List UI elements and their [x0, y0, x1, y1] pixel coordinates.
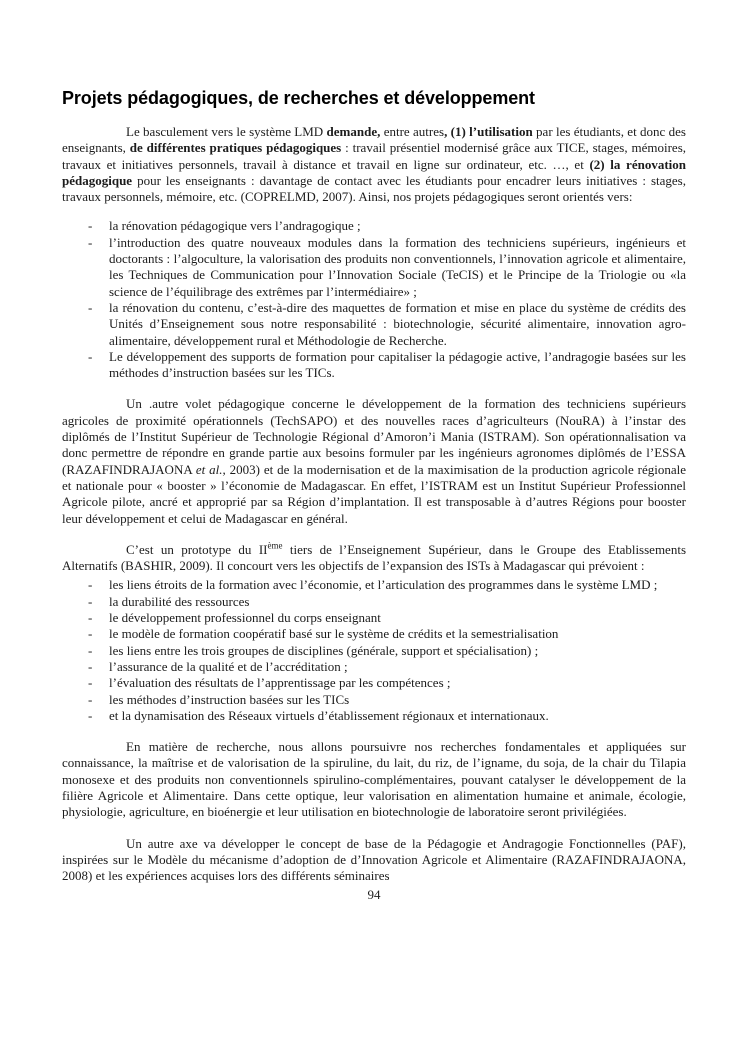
list-item: -les liens étroits de la formation avec …: [62, 577, 686, 593]
text-run: le développement professionnel du corps …: [109, 610, 381, 625]
dash-list: -la rénovation pédagogique vers l’andrag…: [62, 218, 686, 381]
dash-bullet: -: [88, 643, 92, 659]
paragraph: Un autre axe va développer le concept de…: [62, 836, 686, 885]
text-run: Le basculement vers le système LMD: [126, 124, 327, 139]
list-item: -les méthodes d’instruction basées sur l…: [62, 692, 686, 708]
text-run: et la dynamisation des Réseaux virtuels …: [109, 708, 549, 723]
list-item: -Le développement des supports de format…: [62, 349, 686, 382]
text-run: entre autres: [380, 124, 444, 139]
text-run: En matière de recherche, nous allons pou…: [62, 739, 686, 819]
dash-list: -les liens étroits de la formation avec …: [62, 577, 686, 724]
text-run: et al.,: [196, 462, 226, 477]
text-run: C’est un prototype du II: [126, 542, 267, 557]
list-item: -l’évaluation des résultats de l’apprent…: [62, 675, 686, 691]
list-item: -les liens entre les trois groupes de di…: [62, 643, 686, 659]
dash-bullet: -: [88, 577, 92, 593]
text-run: les méthodes d’instruction basées sur le…: [109, 692, 349, 707]
text-run: la rénovation pédagogique vers l’andrago…: [109, 218, 361, 233]
paragraph: C’est un prototype du IIème tiers de l’E…: [62, 542, 686, 575]
dash-bullet: -: [88, 610, 92, 626]
document-body: Le basculement vers le système LMD deman…: [62, 124, 686, 884]
text-run: la durabilité des ressources: [109, 594, 249, 609]
text-run: l’introduction des quatre nouveaux modul…: [109, 235, 686, 299]
page-number: 94: [62, 887, 686, 903]
text-run: pour les enseignants : davantage de cont…: [62, 173, 686, 204]
dash-bullet: -: [88, 300, 92, 316]
dash-bullet: -: [88, 659, 92, 675]
dash-bullet: -: [88, 626, 92, 642]
page-title: Projets pédagogiques, de recherches et d…: [62, 88, 686, 109]
list-item: -l’assurance de la qualité et de l’accré…: [62, 659, 686, 675]
dash-bullet: -: [88, 235, 92, 251]
text-run: l’assurance de la qualité et de l’accréd…: [109, 659, 348, 674]
list-item: -la rénovation pédagogique vers l’andrag…: [62, 218, 686, 234]
text-run: , (1) l’utilisation: [444, 124, 533, 139]
text-run: de différentes pratiques pédagogiques: [130, 140, 341, 155]
dash-bullet: -: [88, 218, 92, 234]
dash-bullet: -: [88, 349, 92, 365]
list-item: -la rénovation du contenu, c’est-à-dire …: [62, 300, 686, 349]
text-run: Le développement des supports de formati…: [109, 349, 686, 380]
text-run: la rénovation du contenu, c’est-à-dire d…: [109, 300, 686, 348]
paragraph: Un .autre volet pédagogique concerne le …: [62, 396, 686, 526]
list-item: -la durabilité des ressources: [62, 594, 686, 610]
paragraph: Le basculement vers le système LMD deman…: [62, 124, 686, 205]
dash-bullet: -: [88, 594, 92, 610]
text-run: Un autre axe va développer le concept de…: [62, 836, 686, 884]
paragraph: En matière de recherche, nous allons pou…: [62, 739, 686, 820]
document-page: Projets pédagogiques, de recherches et d…: [0, 0, 744, 1053]
list-item: -le modèle de formation coopératif basé …: [62, 626, 686, 642]
text-run: l’évaluation des résultats de l’apprenti…: [109, 675, 451, 690]
text-run: les liens entre les trois groupes de dis…: [109, 643, 538, 658]
superscript-run: ème: [267, 541, 282, 551]
text-run: demande,: [327, 124, 381, 139]
dash-bullet: -: [88, 675, 92, 691]
list-item: -et la dynamisation des Réseaux virtuels…: [62, 708, 686, 724]
dash-bullet: -: [88, 708, 92, 724]
dash-bullet: -: [88, 692, 92, 708]
text-run: les liens étroits de la formation avec l…: [109, 577, 657, 592]
text-run: le modèle de formation coopératif basé s…: [109, 626, 558, 641]
list-item: -le développement professionnel du corps…: [62, 610, 686, 626]
list-item: -l’introduction des quatre nouveaux modu…: [62, 235, 686, 300]
